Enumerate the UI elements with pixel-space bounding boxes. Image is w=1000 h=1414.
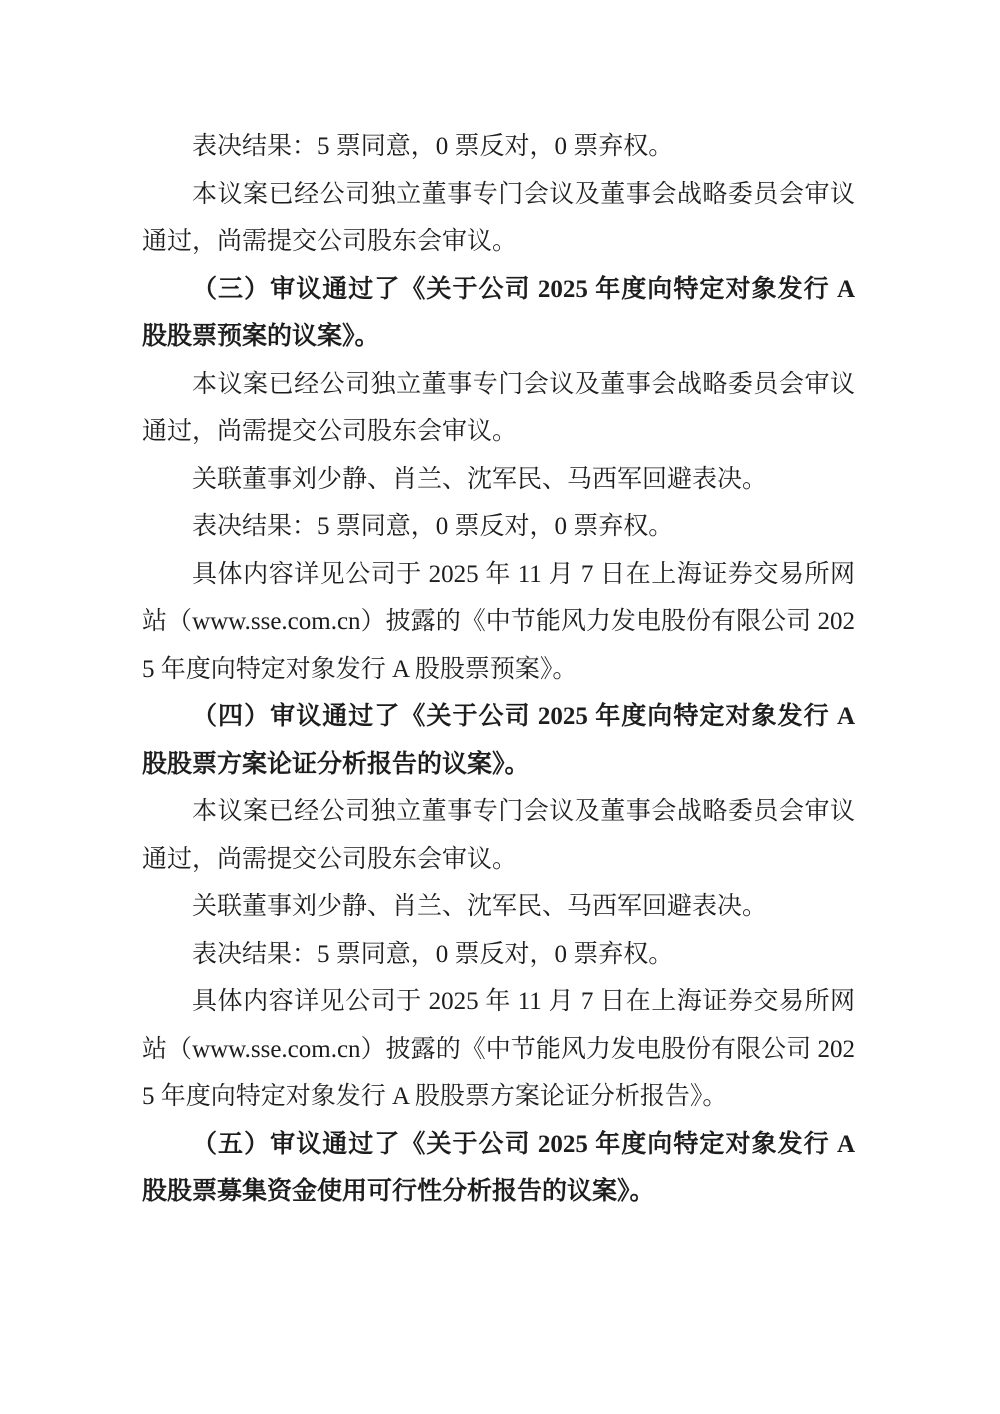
body-paragraph: 关联董事刘少静、肖兰、沈军民、马西军回避表决。 [142, 456, 855, 504]
body-paragraph: 本议案已经公司独立董事专门会议及董事会战略委员会审议通过，尚需提交公司股东会审议… [142, 788, 855, 883]
body-paragraph: 表决结果：5 票同意，0 票反对，0 票弃权。 [142, 123, 855, 171]
body-paragraph: 表决结果：5 票同意，0 票反对，0 票弃权。 [142, 931, 855, 979]
document-body: 表决结果：5 票同意，0 票反对，0 票弃权。本议案已经公司独立董事专门会议及董… [142, 123, 855, 1216]
body-paragraph: 本议案已经公司独立董事专门会议及董事会战略委员会审议通过，尚需提交公司股东会审议… [142, 361, 855, 456]
resolution-heading: （五）审议通过了《关于公司 2025 年度向特定对象发行 A 股股票募集资金使用… [142, 1121, 855, 1216]
document-page: 表决结果：5 票同意，0 票反对，0 票弃权。本议案已经公司独立董事专门会议及董… [0, 0, 1000, 1414]
resolution-heading: （四）审议通过了《关于公司 2025 年度向特定对象发行 A 股股票方案论证分析… [142, 693, 855, 788]
body-paragraph: 具体内容详见公司于 2025 年 11 月 7 日在上海证券交易所网站（www.… [142, 978, 855, 1121]
resolution-heading: （三）审议通过了《关于公司 2025 年度向特定对象发行 A 股股票预案的议案》… [142, 266, 855, 361]
body-paragraph: 本议案已经公司独立董事专门会议及董事会战略委员会审议通过，尚需提交公司股东会审议… [142, 171, 855, 266]
body-paragraph: 关联董事刘少静、肖兰、沈军民、马西军回避表决。 [142, 883, 855, 931]
body-paragraph: 具体内容详见公司于 2025 年 11 月 7 日在上海证券交易所网站（www.… [142, 551, 855, 694]
body-paragraph: 表决结果：5 票同意，0 票反对，0 票弃权。 [142, 503, 855, 551]
